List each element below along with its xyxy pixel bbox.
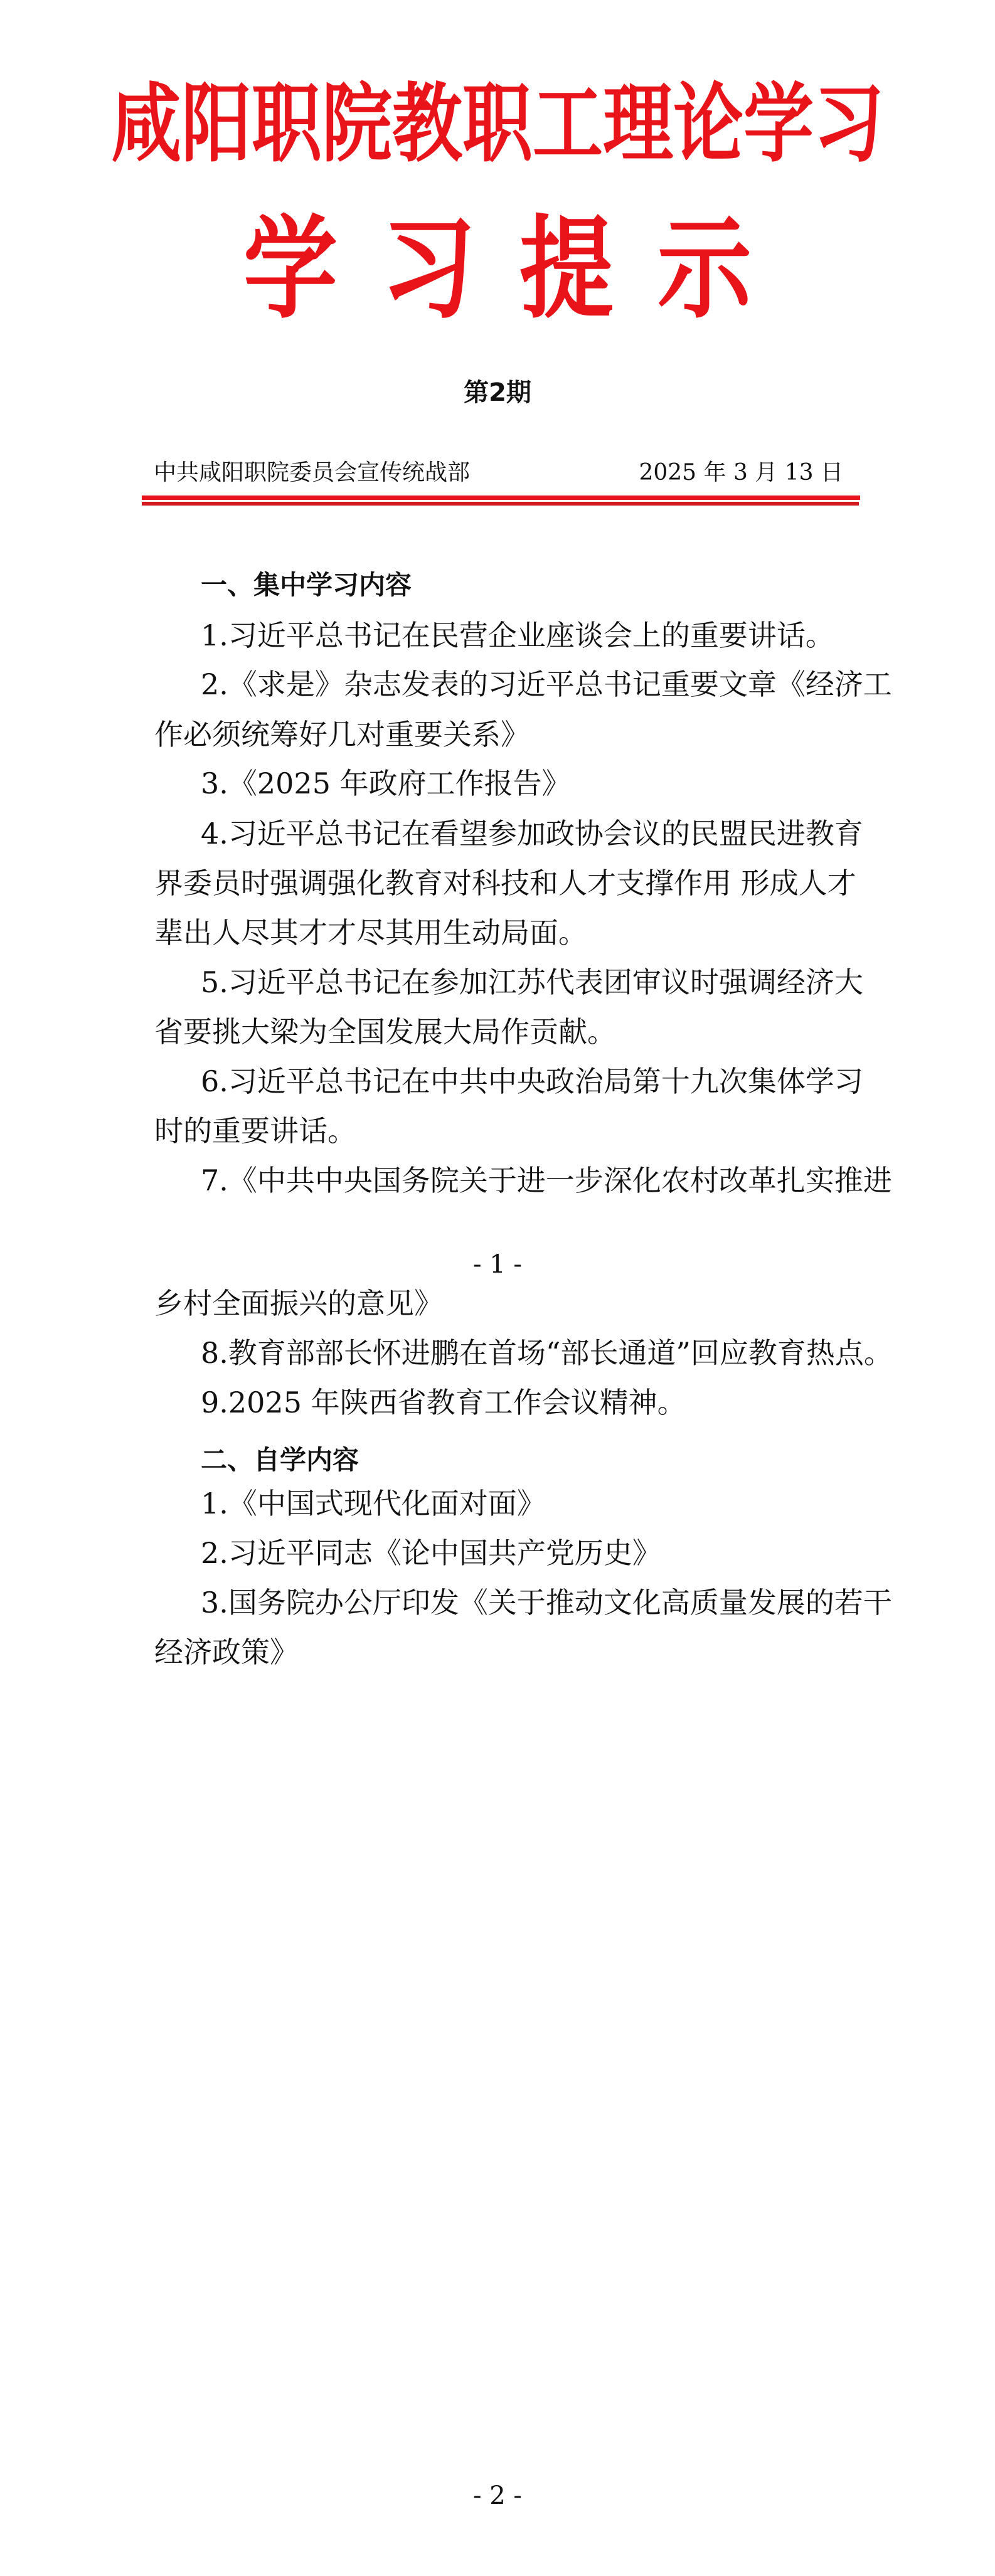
list-item-continuation: 省要挑大梁为全国发展大局作贡献。 <box>154 1017 616 1046</box>
page-number: - 2 - <box>0 2481 995 2510</box>
red-divider-top <box>142 496 860 500</box>
list-item-continuation: 界委员时强调强化教育对科技和人才支撑作用 形成人才 <box>154 869 856 898</box>
issue-number: 第2期 <box>0 373 995 408</box>
list-item-continuation: 辈出人尽其才才尽其用生动局面。 <box>154 918 587 947</box>
list-item: 1.《中国式现代化面对面》 <box>201 1489 546 1518</box>
section-heading-self-study: 二、自学内容 <box>201 1439 359 1477</box>
list-item: 3.国务院办公厅印发《关于推动文化高质量发展的若干 <box>201 1588 892 1617</box>
page-number: - 1 - <box>0 1250 995 1279</box>
list-item-continuation: 乡村全面振兴的意见》 <box>154 1289 443 1318</box>
list-item-continuation: 作必须统筹好几对重要关系》 <box>154 720 529 749</box>
issuing-department: 中共咸阳职院委员会宣传统战部 <box>154 455 470 487</box>
section-heading-centralized: 一、集中学习内容 <box>201 564 412 602</box>
document-subtitle: 学习提示 <box>0 213 995 324</box>
list-item: 4.习近平总书记在看望参加政协会议的民盟民进教育 <box>201 819 863 848</box>
red-divider-bottom <box>142 502 859 506</box>
list-item: 6.习近平总书记在中共中央政治局第十九次集体学习 <box>201 1067 863 1096</box>
list-item: 1.习近平总书记在民营企业座谈会上的重要讲话。 <box>201 621 834 650</box>
issue-date: 2025 年 3 月 13 日 <box>639 455 843 487</box>
list-item: 2.《求是》杂志发表的习近平总书记重要文章《经济工 <box>201 670 892 699</box>
list-item: 5.习近平总书记在参加江苏代表团审议时强调经济大 <box>201 968 863 997</box>
document-title: 咸阳职院教职工理论学习 <box>0 82 995 167</box>
list-item: 7.《中共中央国务院关于进一步深化农村改革扎实推进 <box>201 1166 892 1195</box>
list-item: 9.2025 年陕西省教育工作会议精神。 <box>201 1388 686 1417</box>
list-item: 2.习近平同志《论中国共产党历史》 <box>201 1539 661 1567</box>
list-item-continuation: 经济政策》 <box>154 1638 299 1667</box>
list-item-continuation: 时的重要讲话。 <box>154 1116 356 1145</box>
list-item: 3.《2025 年政府工作报告》 <box>201 769 571 798</box>
list-item: 8.教育部部长怀进鹏在首场“部长通道”回应教育热点。 <box>201 1338 893 1367</box>
